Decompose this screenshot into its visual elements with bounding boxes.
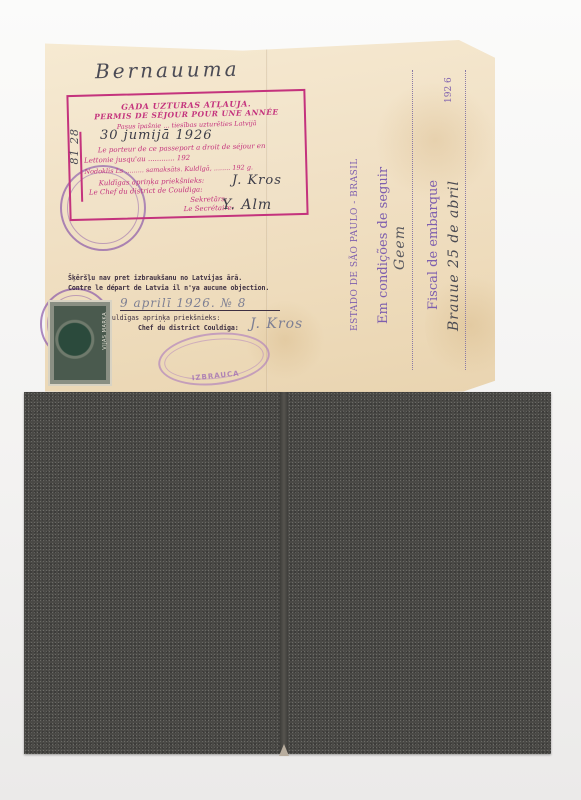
- departure-line-fr: Contre le départ de Latvia il n'ya aucun…: [68, 284, 269, 292]
- cover-front-panel: [288, 392, 551, 754]
- handwritten-name: Bernauuma: [95, 57, 240, 84]
- passport-cover: [24, 392, 551, 754]
- cover-spine: [280, 392, 288, 754]
- departure-chief-lv: Kuldīgas apriņķa priekšnieks:: [108, 314, 220, 322]
- revenue-stamp: VIJAS MARKA: [48, 300, 112, 386]
- brazil-condition-line: Em condições de seguir: [376, 120, 391, 370]
- brazil-fiscal-line: Fiscal de embarque: [426, 120, 441, 370]
- handwritten-signature: Y. Alm: [222, 197, 272, 213]
- departure-chief-fr: Chef du district Couldiga:: [138, 324, 239, 332]
- revenue-stamp-cancel-mark: [54, 306, 106, 380]
- brazil-state-line: ESTADO DE SÃO PAULO - BRASIL: [350, 120, 360, 370]
- signature-dotted-line: [412, 70, 413, 370]
- brazil-year: 192 6: [444, 60, 454, 120]
- handwritten-side-number: 81 28: [68, 128, 81, 165]
- handwritten-permit-date: 30 jumijā 1926: [100, 128, 213, 143]
- departure-line-lv: Šķēršļu nav pret izbraukšanu no Latvijas…: [68, 274, 242, 282]
- handwritten-signature: J. Kros: [232, 173, 282, 188]
- revenue-stamp-text: VIJAS MARKA: [102, 312, 108, 350]
- handwritten-brazil-date: Brauue 25 de abril: [446, 180, 462, 331]
- cover-back-panel: [24, 392, 280, 754]
- handwritten-brazil-signature: Geem: [392, 225, 408, 270]
- brazil-embarkation-stamp: ESTADO DE SÃO PAULO - BRASIL Em condiçõe…: [340, 120, 540, 370]
- handwritten-signature: J. Kros: [250, 316, 303, 332]
- signature-dotted-line: [465, 70, 466, 370]
- residence-permit-stamp: GADA UZTURAS ATĻAUJA. PERMIS DE SÉJOUR P…: [66, 89, 308, 221]
- handwritten-departure-ref: 9 aprilī 1926. № 8: [120, 296, 280, 311]
